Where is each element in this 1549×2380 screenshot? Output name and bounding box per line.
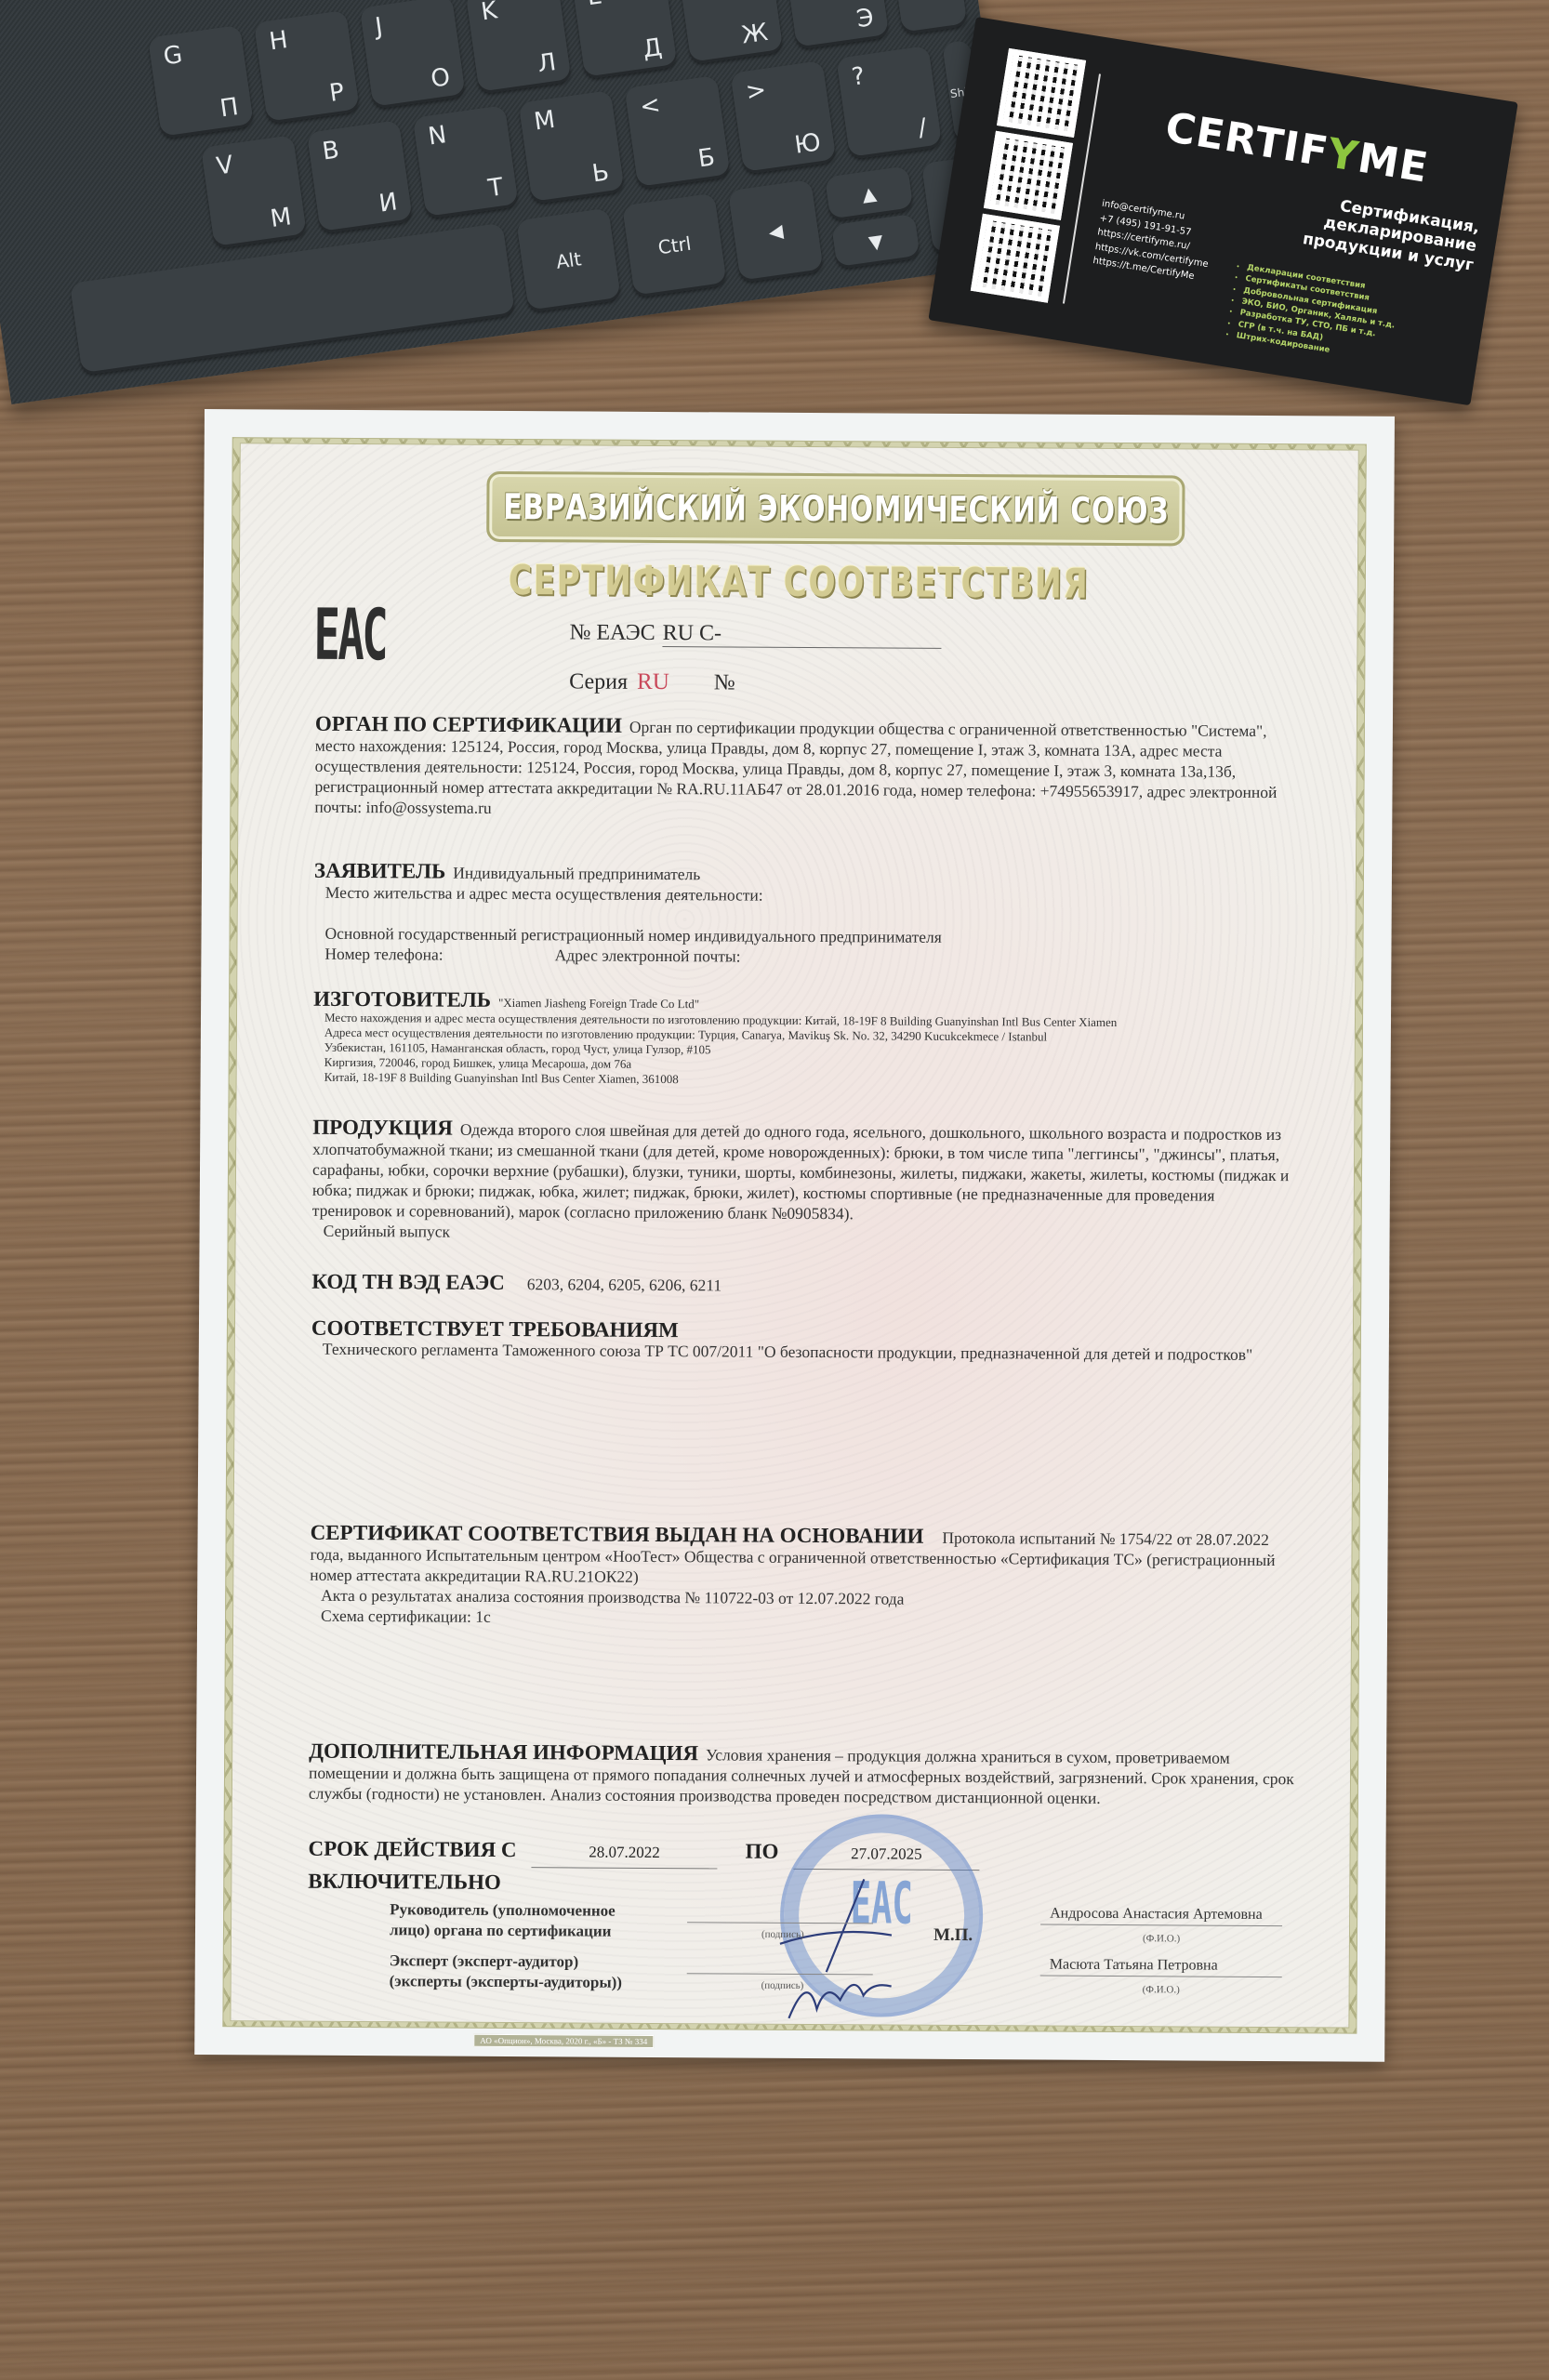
key-space[interactable]	[70, 223, 515, 376]
certificate-series: СерияRU№	[569, 668, 735, 695]
key-period[interactable]: >Ю	[730, 60, 836, 175]
key-arrow-up[interactable]: ▲	[825, 165, 914, 221]
seal-label: М.П.	[933, 1925, 973, 1946]
key-arrow-left[interactable]: ◀	[728, 179, 824, 284]
key-ctrl[interactable]: Ctrl	[622, 193, 727, 298]
name-line	[1040, 1976, 1282, 1978]
certificate-number: № ЕАЭСRU C-	[569, 620, 941, 648]
eac-mark-icon: EAC	[313, 593, 386, 676]
head-name: Андросова Анастасия Артемовна	[1050, 1904, 1263, 1925]
keyboard: GП HР JО KЛ LД :Ж "Э Enter VМ BИ NТ MЬ <…	[0, 0, 1015, 404]
key-slash[interactable]: ?/	[836, 46, 942, 160]
business-card: CERTIFYME Сертификация, декларирование п…	[928, 17, 1517, 405]
qr-code-icon[interactable]	[997, 48, 1086, 138]
key-b[interactable]: BИ	[307, 120, 413, 234]
key-l[interactable]: LД	[571, 0, 677, 80]
brand-logo: CERTIFYME	[1162, 104, 1432, 192]
union-banner: ЕВРАЗИЙСКИЙ ЭКОНОМИЧЕСКИЙ СОЮЗ	[486, 471, 1185, 547]
key-m[interactable]: MЬ	[519, 90, 625, 205]
section-certification-body: ОРГАН ПО СЕРТИФИКАЦИИОрган по сертификац…	[314, 714, 1301, 823]
qr-code-icon[interactable]	[971, 214, 1060, 303]
section-product: ПРОДУКЦИЯОдежда второго слоя швейная для…	[312, 1117, 1299, 1247]
key-arrow-down[interactable]: ▼	[831, 214, 920, 270]
certificate-title: СЕРТИФИКАТ СООТВЕТСТВИЯ	[240, 555, 1357, 609]
key-h[interactable]: HР	[254, 10, 360, 125]
section-manufacturer: ИЗГОТОВИТЕЛЬ"Xiamen Jiasheng Foreign Tra…	[313, 989, 1300, 1091]
certificate-body: ЕВРАЗИЙСКИЙ ЭКОНОМИЧЕСКИЙ СОЮЗ СЕРТИФИКА…	[230, 443, 1358, 2028]
certificate: ЕВРАЗИЙСКИЙ ЭКОНОМИЧЕСКИЙ СОЮЗ СЕРТИФИКА…	[194, 409, 1395, 2062]
contacts-list: info@certifyme.ru +7 (495) 191-91-57 htt…	[1092, 197, 1216, 286]
signature-head: Руководитель (уполномоченноелицо) органа…	[390, 1899, 1293, 1946]
key-semicolon[interactable]: :Ж	[677, 0, 783, 65]
key-quote[interactable]: "Э	[783, 0, 889, 50]
section-applicant: ЗАЯВИТЕЛЬИндивидуальный предприниматель …	[313, 861, 1300, 970]
signature-icon	[751, 1870, 920, 2029]
section-basis: СЕРТИФИКАТ СООТВЕТСТВИЯ ВЫДАН НА ОСНОВАН…	[310, 1523, 1296, 1632]
key-comma[interactable]: <Б	[624, 75, 730, 190]
key-k[interactable]: KЛ	[466, 0, 572, 95]
services-list: Декларации соответствия Сертификаты соот…	[1225, 260, 1401, 365]
brand-tagline: Сертификация, декларирование продукции и…	[1242, 182, 1480, 275]
section-additional-info: ДОПОЛНИТЕЛЬНАЯ ИНФОРМАЦИЯУсловия хранени…	[309, 1741, 1294, 1809]
printer-label: АО «Опцион», Москва, 2020 г., «Б» - ТЗ №…	[473, 2034, 654, 2048]
key-enter[interactable]: Enter	[889, 0, 968, 35]
key-alt[interactable]: Alt	[516, 208, 621, 313]
name-line	[1040, 1924, 1282, 1927]
signature-expert: Эксперт (эксперт-аудитор)(эксперты (эксп…	[390, 1950, 1293, 1997]
section-hs-code: КОД ТН ВЭД ЕАЭС6203, 6204, 6205, 6206, 6…	[311, 1272, 1297, 1299]
qr-code-icon[interactable]	[984, 131, 1073, 220]
key-g[interactable]: GП	[148, 25, 254, 139]
expert-name: Масюта Татьяна Петровна	[1050, 1955, 1218, 1977]
section-requirements: СООТВЕТСТВУЕТ ТРЕБОВАНИЯМ Технического р…	[311, 1318, 1297, 1365]
key-n[interactable]: NТ	[413, 105, 519, 219]
key-j[interactable]: JО	[360, 0, 466, 110]
key-v[interactable]: VМ	[201, 135, 307, 249]
valid-from-date: 28.07.2022	[531, 1837, 717, 1869]
